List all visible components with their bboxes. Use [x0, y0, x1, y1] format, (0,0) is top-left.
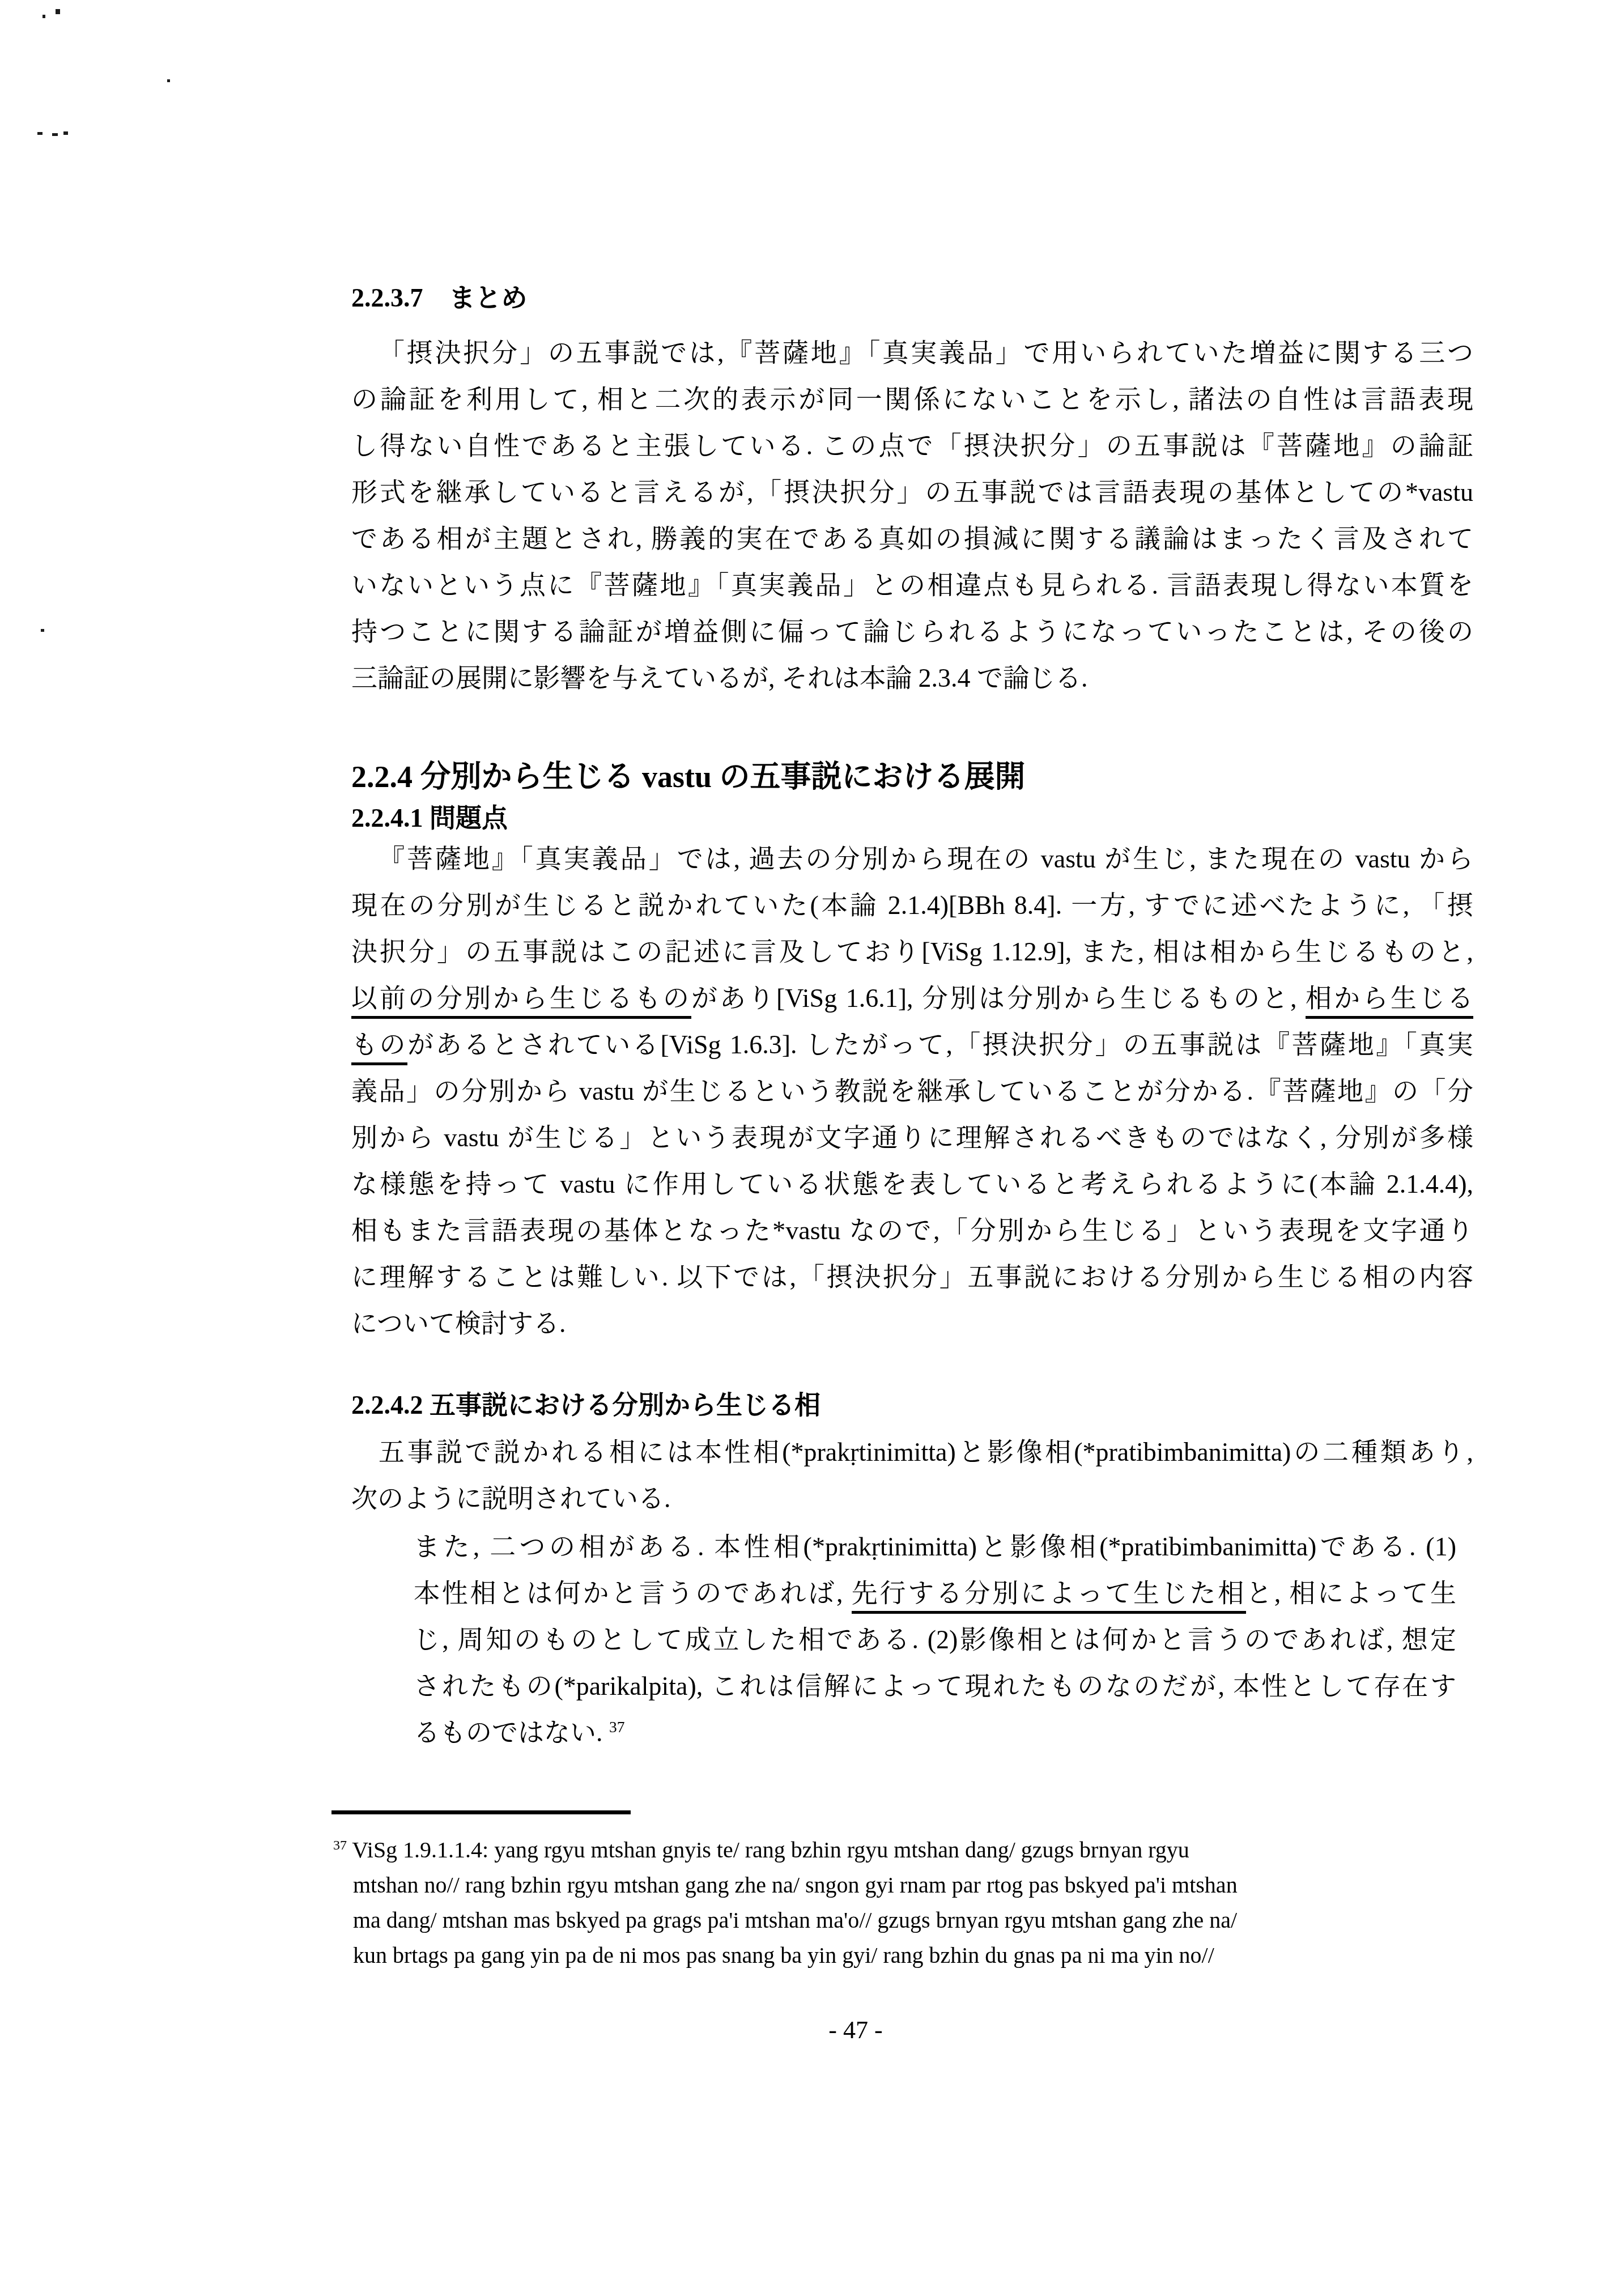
text-segment: について検討する.	[351, 1309, 566, 1338]
page-number: - 47 -	[782, 2016, 929, 2044]
text-line: 本性相とは何かと言うのであれば, 先行する分別によって生じた相と, 相によって生	[414, 1570, 1456, 1617]
text-segment: の論証を利用して, 相と二次的表示が同一関係にないことを示し, 諸法の自性は言語…	[351, 385, 1473, 414]
paragraph-summary: 「摂決択分」の五事説では,『菩薩地』「真実義品」で用いられていた増益に関する三つ…	[351, 330, 1473, 701]
text-line: 別から vastu が生じる」という表現が文字通りに理解されるべきものではなく,…	[351, 1115, 1473, 1161]
text-line: kun brtags pa gang yin pa de ni mos pas …	[333, 1938, 1475, 1973]
text-segment: があり[ViSg 1.6.1], 分別は分別から生じるものと,	[691, 984, 1306, 1013]
text-segment: し得ない自性であると主張している. この点で「摂決択分」の五事説は『菩薩地』の論…	[351, 431, 1473, 460]
underlined-text: 先行する分別によって生じた相	[852, 1579, 1246, 1614]
text-line: るものではない. 37	[414, 1710, 1456, 1756]
paragraph-problem: 『菩薩地』「真実義品」では, 過去の分別から現在の vastu が生じ, また現…	[351, 836, 1473, 1347]
text-line: ものがあるとされている[ViSg 1.6.3]. したがって,「摂決択分」の五事…	[351, 1022, 1473, 1068]
text-segment: ViSg 1.9.1.1.4: yang rgyu mtshan gnyis t…	[347, 1837, 1189, 1863]
text-line: 現在の分別が生じると説かれていた(本論 2.1.4)[BBh 8.4]. 一方,…	[351, 882, 1473, 929]
text-line: 次のように説明されている.	[351, 1476, 1473, 1522]
paragraph-nimitta-intro: 五事説で説かれる相には本性相(*prakṛtinimitta)と影像相(*pra…	[351, 1429, 1473, 1522]
text-line: し得ない自性であると主張している. この点で「摂決択分」の五事説は『菩薩地』の論…	[351, 423, 1473, 469]
text-line: じ, 周知のものとして成立した相である. (2)影像相とは何かと言うのであれば,…	[414, 1617, 1456, 1663]
text-line: について検討する.	[351, 1300, 1473, 1347]
text-line: 37 ViSg 1.9.1.1.4: yang rgyu mtshan gnyi…	[333, 1832, 1475, 1868]
text-segment: ma dang/ mtshan mas bskyed pa grags pa'i…	[353, 1907, 1237, 1933]
text-segment: 義品」の分別から vastu が生じるという教説を継承していることが分かる.『菩…	[351, 1077, 1473, 1106]
text-line: 『菩薩地』「真実義品」では, 過去の分別から現在の vastu が生じ, また現…	[351, 836, 1473, 882]
text-segment: と, 相によって生	[1246, 1579, 1456, 1608]
text-line: 形式を継承していると言えるが,「摂決択分」の五事説では言語表現の基体としての*v…	[351, 469, 1473, 516]
text-segment: kun brtags pa gang yin pa de ni mos pas …	[353, 1942, 1214, 1968]
text-line: な様態を持って vastu に作用している状態を表していると考えられるように(本…	[351, 1161, 1473, 1207]
text-line: の論証を利用して, 相と二次的表示が同一関係にないことを示し, 諸法の自性は言語…	[351, 376, 1473, 423]
text-segment: 持つことに関する論証が増益側に偏って論じられるようになっていったことは, その後…	[351, 617, 1473, 646]
text-segment: 五事説で説かれる相には本性相(*prakṛtinimitta)と影像相(*pra…	[379, 1438, 1473, 1466]
text-line: また, 二つの相がある. 本性相(*prakṛtinimitta)と影像相(*p…	[414, 1524, 1456, 1570]
text-line: されたもの(*parikalpita), これは信解によって現れたものなのだが,…	[414, 1663, 1456, 1710]
text-segment: 三論証の展開に影響を与えているが, それは本論 2.3.4 で論じる.	[351, 664, 1088, 692]
text-segment: 「摂決択分」の五事説では,『菩薩地』「真実義品」で用いられていた増益に関する三つ	[379, 338, 1473, 367]
underlined-text: 以前の分別から生じるもの	[351, 984, 691, 1019]
blockquote-nimitta-definition: また, 二つの相がある. 本性相(*prakṛtinimitta)と影像相(*p…	[414, 1524, 1456, 1756]
text-segment: されたもの(*parikalpita), これは信解によって現れたものなのだが,…	[414, 1672, 1456, 1700]
section-heading-2-2-4-1: 2.2.4.1 問題点	[351, 801, 508, 835]
text-segment: るものではない.	[414, 1718, 609, 1747]
section-heading-2-2-4: 2.2.4 分別から生じる vastu の五事説における展開	[351, 758, 1026, 796]
text-line: いないという点に『菩薩地』「真実義品」との相違点も見られる. 言語表現し得ない本…	[351, 562, 1473, 609]
text-segment: また, 二つの相がある. 本性相(*prakṛtinimitta)と影像相(*p…	[414, 1532, 1456, 1561]
text-segment: 『菩薩地』「真実義品」では, 過去の分別から現在の vastu が生じ, また現…	[379, 844, 1473, 873]
text-line: mtshan no// rang bzhin rgyu mtshan gang …	[333, 1868, 1475, 1903]
scan-speck	[56, 9, 60, 14]
text-segment: じ, 周知のものとして成立した相である. (2)影像相とは何かと言うのであれば,…	[414, 1625, 1456, 1654]
underlined-text: もの	[351, 1030, 407, 1065]
scan-speck	[37, 132, 42, 135]
scan-speck	[42, 15, 45, 18]
text-segment: mtshan no// rang bzhin rgyu mtshan gang …	[353, 1872, 1238, 1898]
section-heading-2-2-3-7: 2.2.3.7 まとめ	[351, 281, 528, 315]
text-segment: いないという点に『菩薩地』「真実義品」との相違点も見られる. 言語表現し得ない本…	[351, 571, 1473, 599]
text-line: 義品」の分別から vastu が生じるという教説を継承していることが分かる.『菩…	[351, 1068, 1473, 1115]
scan-speck	[63, 131, 68, 135]
section-heading-2-2-4-2: 2.2.4.2 五事説における分別から生じる相	[351, 1388, 820, 1422]
underlined-text: 相から生じる	[1306, 984, 1473, 1019]
footnote-marker: 37	[333, 1838, 347, 1853]
text-segment: 別から vastu が生じる」という表現が文字通りに理解されるべきものではなく,…	[351, 1123, 1473, 1152]
scan-speck	[52, 133, 58, 136]
text-segment: 相もまた言語表現の基体となった*vastu なので,「分別から生じる」という表現…	[351, 1216, 1473, 1245]
text-segment: 形式を継承していると言えるが,「摂決択分」の五事説では言語表現の基体としての*v…	[351, 478, 1473, 507]
text-segment: 決択分」の五事説はこの記述に言及しており[ViSg 1.12.9], また, 相…	[351, 937, 1473, 966]
text-line: 「摂決択分」の五事説では,『菩薩地』「真実義品」で用いられていた増益に関する三つ	[351, 330, 1473, 376]
footnote-separator-rule	[331, 1810, 631, 1814]
text-line: 決択分」の五事説はこの記述に言及しており[ViSg 1.12.9], また, 相…	[351, 929, 1473, 975]
footnote-marker: 37	[609, 1718, 625, 1736]
text-segment: 本性相とは何かと言うのであれば,	[414, 1579, 852, 1608]
text-segment: 現在の分別が生じると説かれていた(本論 2.1.4)[BBh 8.4]. 一方,…	[351, 891, 1473, 920]
text-segment: があるとされている[ViSg 1.6.3]. したがって,「摂決択分」の五事説は…	[407, 1030, 1473, 1059]
scan-speck	[167, 79, 170, 82]
text-line: 相もまた言語表現の基体となった*vastu なので,「分別から生じる」という表現…	[351, 1207, 1473, 1254]
text-line: 以前の分別から生じるものがあり[ViSg 1.6.1], 分別は分別から生じるも…	[351, 975, 1473, 1022]
text-line: 五事説で説かれる相には本性相(*prakṛtinimitta)と影像相(*pra…	[351, 1429, 1473, 1476]
text-line: 持つことに関する論証が増益側に偏って論じられるようになっていったことは, その後…	[351, 609, 1473, 655]
text-line: に理解することは難しい. 以下では,「摂決択分」五事説における分別から生じる相の…	[351, 1254, 1473, 1300]
text-segment: な様態を持って vastu に作用している状態を表していると考えられるように(本…	[351, 1170, 1473, 1198]
text-segment: に理解することは難しい. 以下では,「摂決択分」五事説における分別から生じる相の…	[351, 1262, 1473, 1291]
scan-speck	[41, 629, 44, 632]
text-segment: 次のように説明されている.	[351, 1484, 671, 1513]
footnote-37: 37 ViSg 1.9.1.1.4: yang rgyu mtshan gnyi…	[333, 1832, 1475, 1973]
text-segment: である相が主題とされ, 勝義的実在である真如の損減に関する議論はまったく言及され…	[351, 524, 1473, 553]
text-line: である相が主題とされ, 勝義的実在である真如の損減に関する議論はまったく言及され…	[351, 516, 1473, 562]
text-line: 三論証の展開に影響を与えているが, それは本論 2.3.4 で論じる.	[351, 655, 1473, 701]
document-page: 2.2.3.7 まとめ 「摂決択分」の五事説では,『菩薩地』「真実義品」で用いら…	[0, 0, 1624, 2296]
text-line: ma dang/ mtshan mas bskyed pa grags pa'i…	[333, 1903, 1475, 1938]
